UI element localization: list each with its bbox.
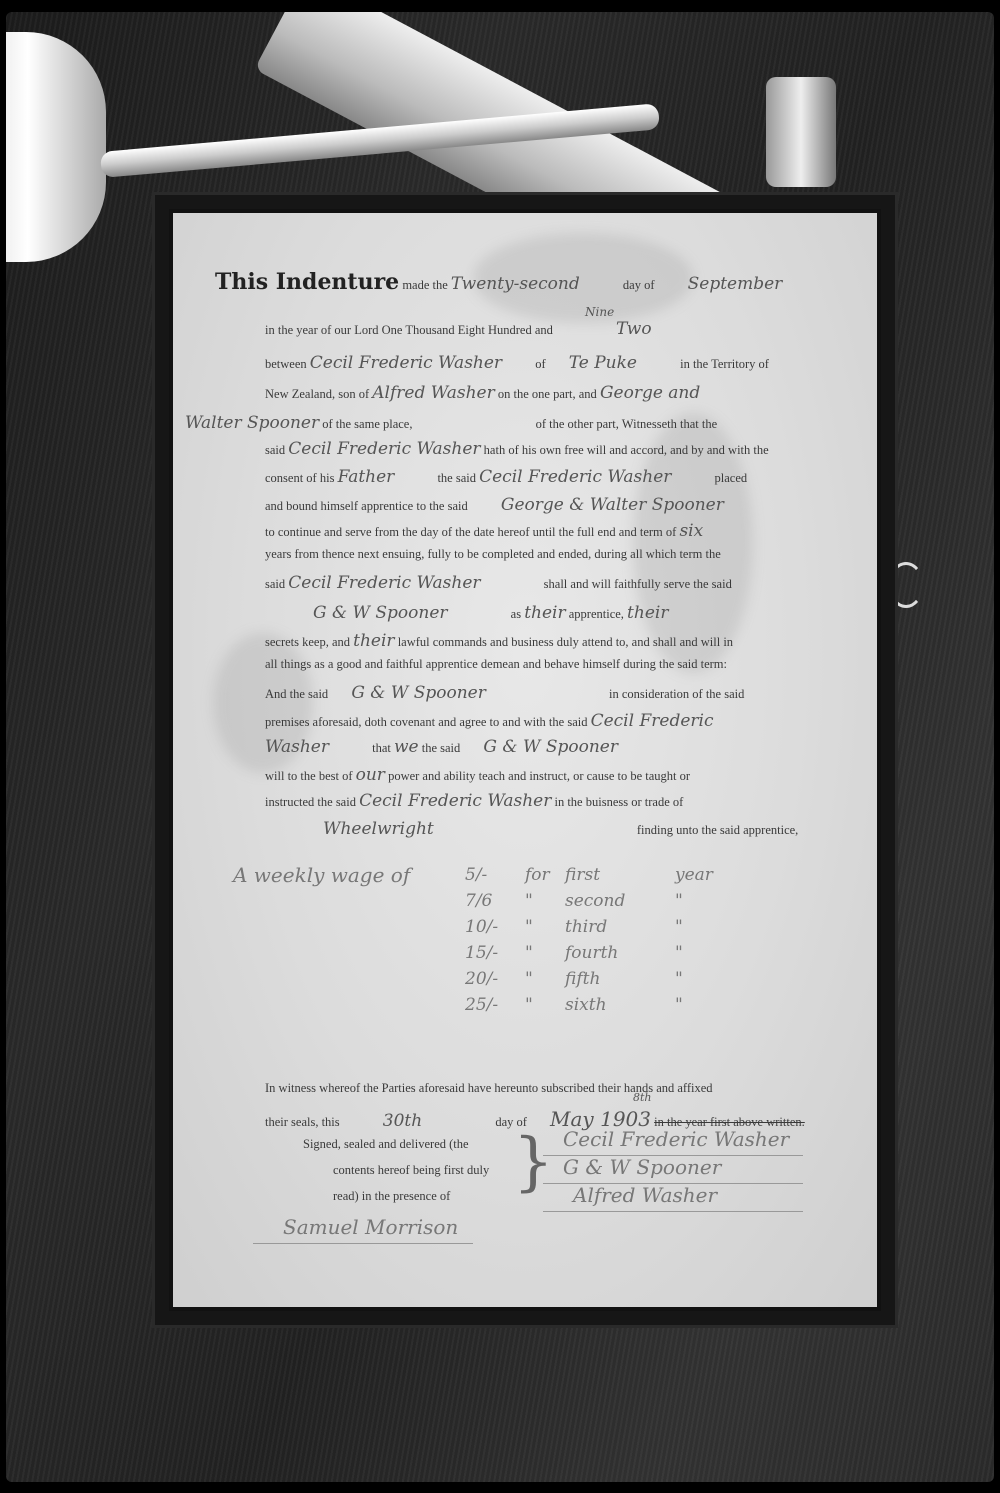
wage-row: 20/-"fifth" bbox=[465, 969, 715, 989]
indenture-paper: This Indenture made the Twenty-second da… bbox=[173, 213, 877, 1307]
photo-background: This Indenture made the Twenty-second da… bbox=[6, 12, 994, 1482]
brace: } bbox=[513, 1125, 554, 1199]
lamp-clip bbox=[766, 77, 836, 187]
lamp-base bbox=[6, 32, 106, 262]
picture-frame: This Indenture made the Twenty-second da… bbox=[152, 192, 898, 1328]
document-heading: This Indenture bbox=[215, 269, 399, 295]
witness-signature: Samuel Morrison bbox=[283, 1215, 458, 1239]
signature-masters: G & W Spooner bbox=[563, 1155, 721, 1179]
wage-row: 7/6"second" bbox=[465, 891, 715, 911]
wage-row: 25/-"sixth" bbox=[465, 995, 715, 1015]
wage-row: 5/-forfirstyear bbox=[465, 865, 715, 885]
wage-row: 15/-"fourth" bbox=[465, 943, 715, 963]
wage-intro: A weekly wage of bbox=[233, 863, 410, 887]
signature-father: Alfred Washer bbox=[573, 1183, 717, 1207]
wage-row: 10/-"third" bbox=[465, 917, 715, 937]
document-body: This Indenture made the Twenty-second da… bbox=[173, 213, 877, 1307]
signature-apprentice: Cecil Frederic Washer bbox=[563, 1127, 789, 1151]
